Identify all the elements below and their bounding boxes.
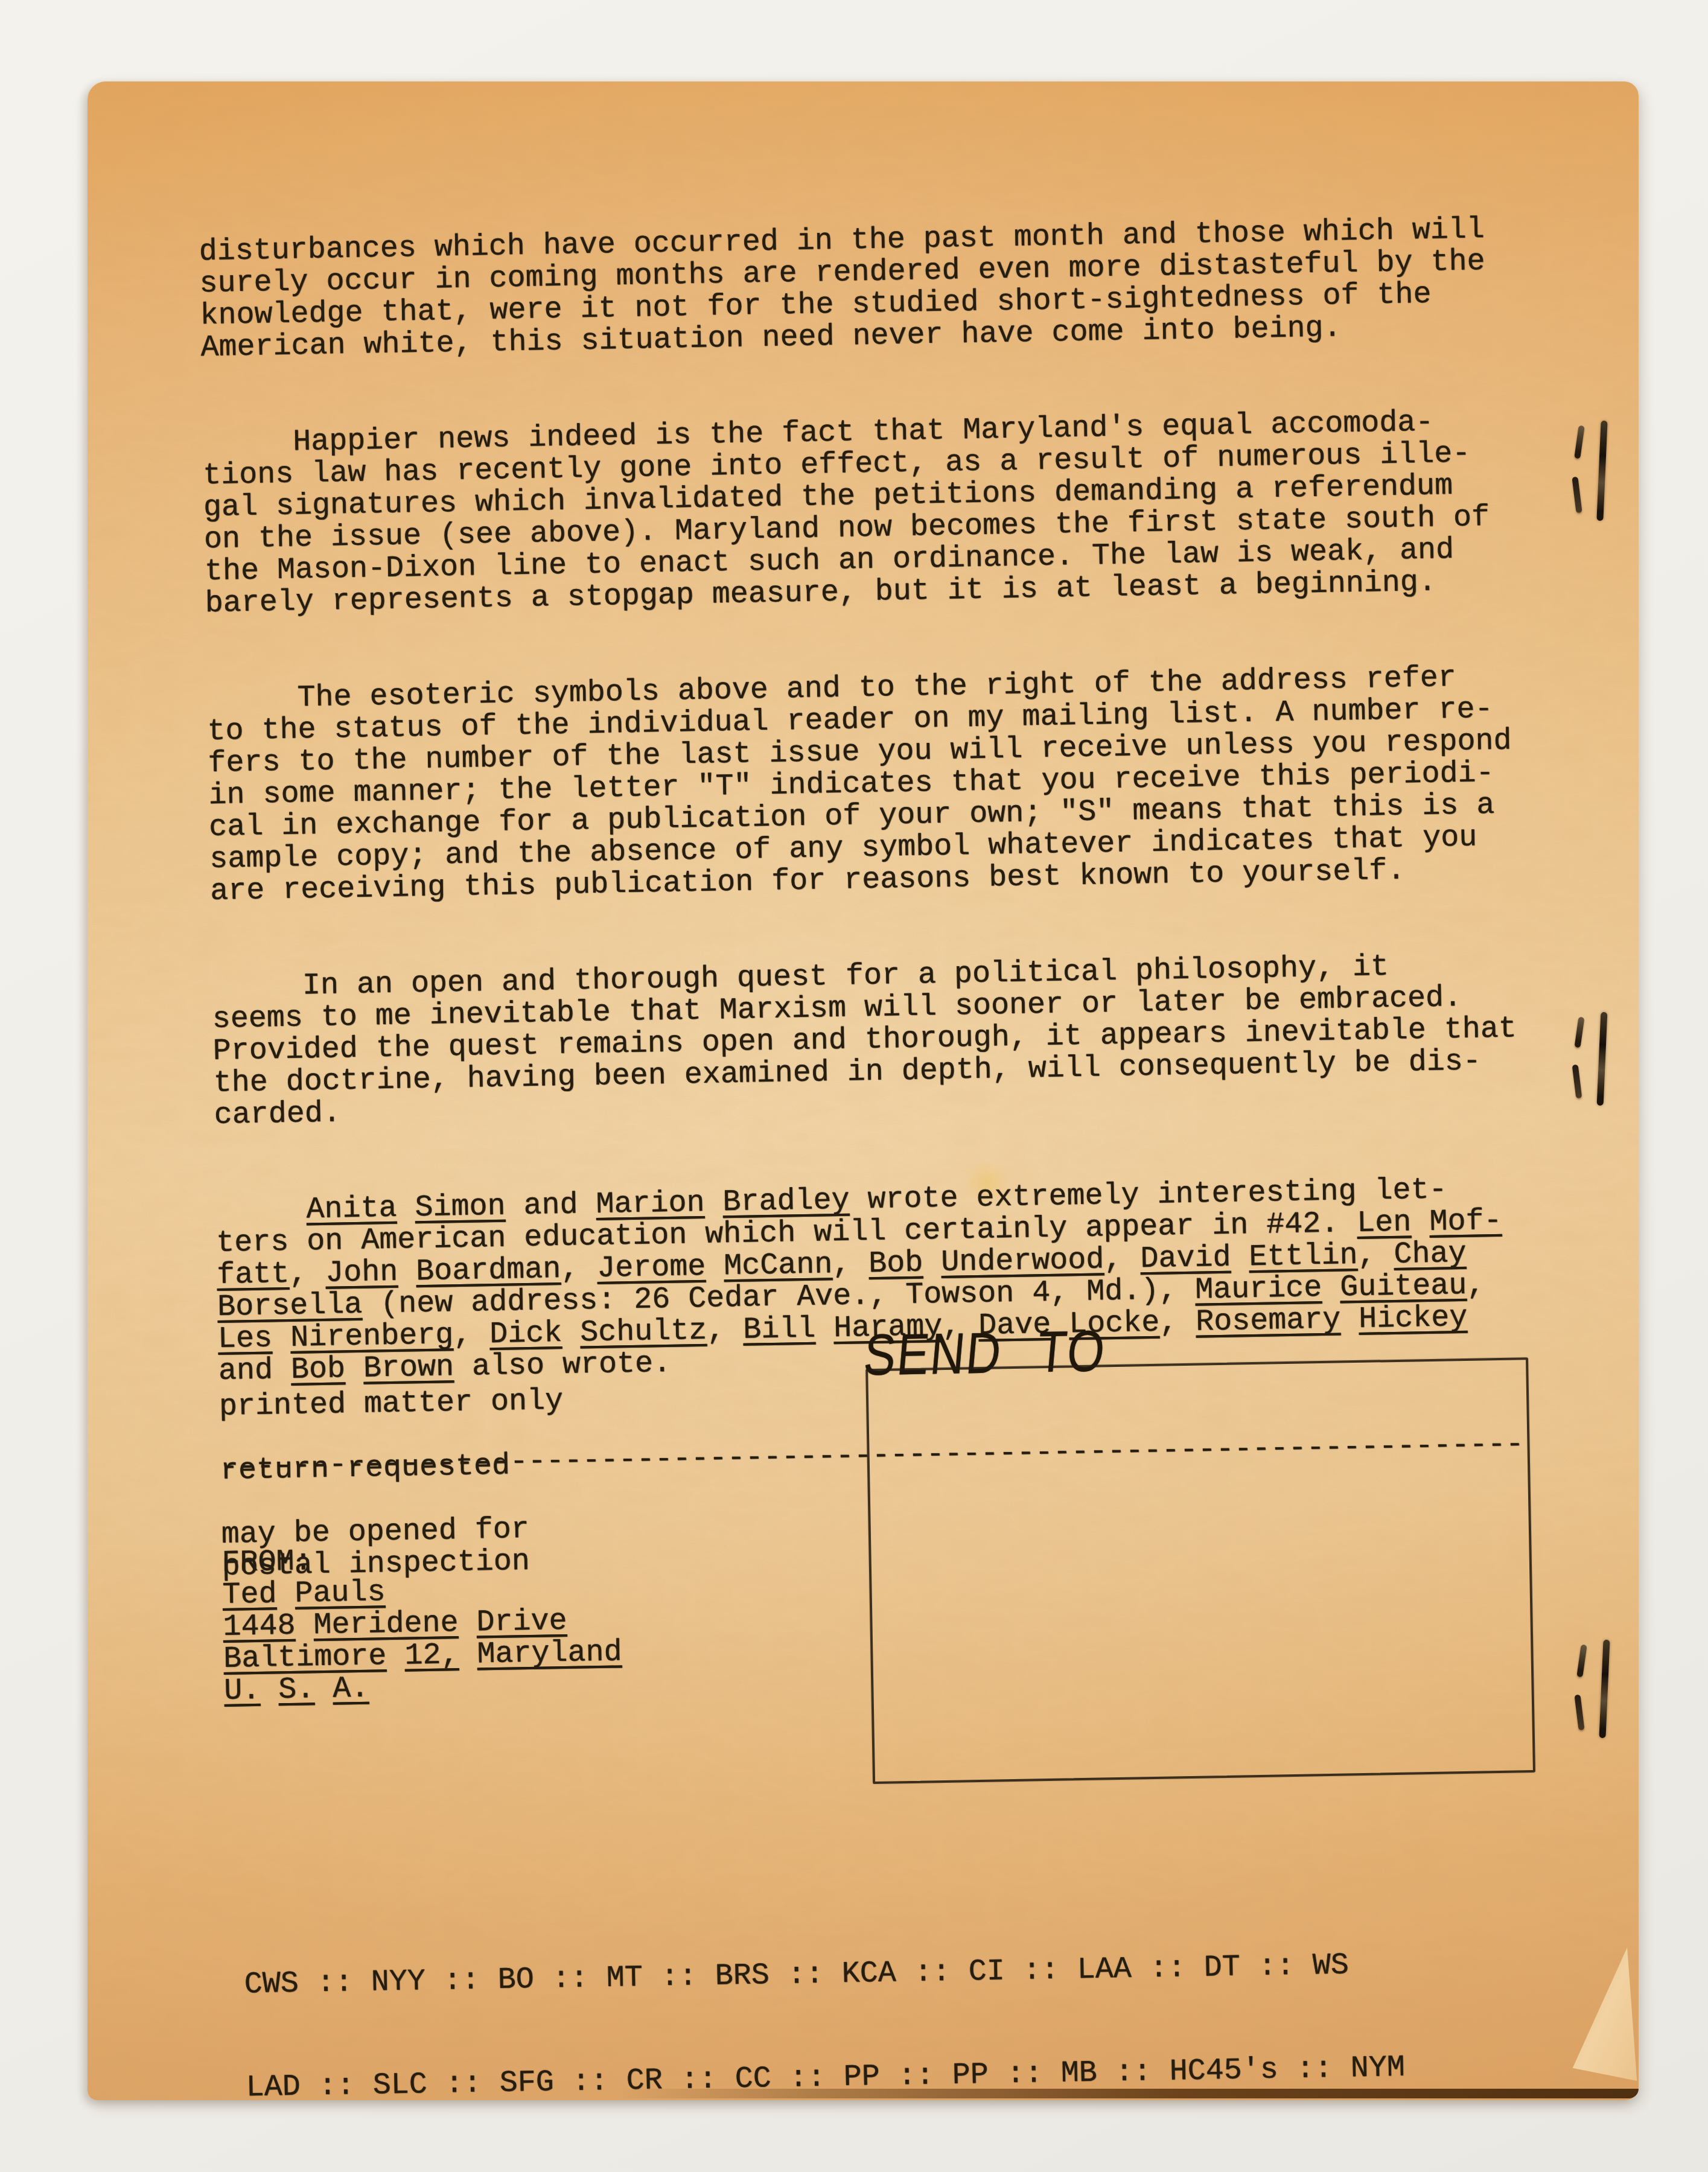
staple-icon [1573,1012,1611,1106]
staple-icon [1573,421,1611,521]
paragraph-esoteric-symbols: The esoteric symbols above and to the ri… [206,660,1556,908]
paragraph-disturbances: disturbances which have occurred in the … [199,212,1546,364]
paragraph-maryland-law: Happier news indeed is the fact that Mar… [202,404,1551,620]
send-to-address-box [865,1357,1535,1784]
stacked-pages-edge [615,2089,1639,2098]
scanned-page: disturbances which have occurred in the … [88,81,1639,2100]
mailing-codes-line-1: CWS :: NYY :: BO :: MT :: BRS :: KCA :: … [244,1947,1403,2002]
scanned-document-background: { "document": { "kind": "typewritten fan… [0,0,1708,2172]
staple-icon [1576,1640,1613,1738]
mailing-code-lines: CWS :: NYY :: BO :: MT :: BRS :: KCA :: … [243,1879,1406,2172]
typed-content-layer: disturbances which have occurred in the … [84,57,1671,2102]
paragraph-marxism: In an open and thorough quest for a poli… [212,948,1560,1132]
postal-handling-notes: printed matter only return requested may… [219,1385,567,1583]
